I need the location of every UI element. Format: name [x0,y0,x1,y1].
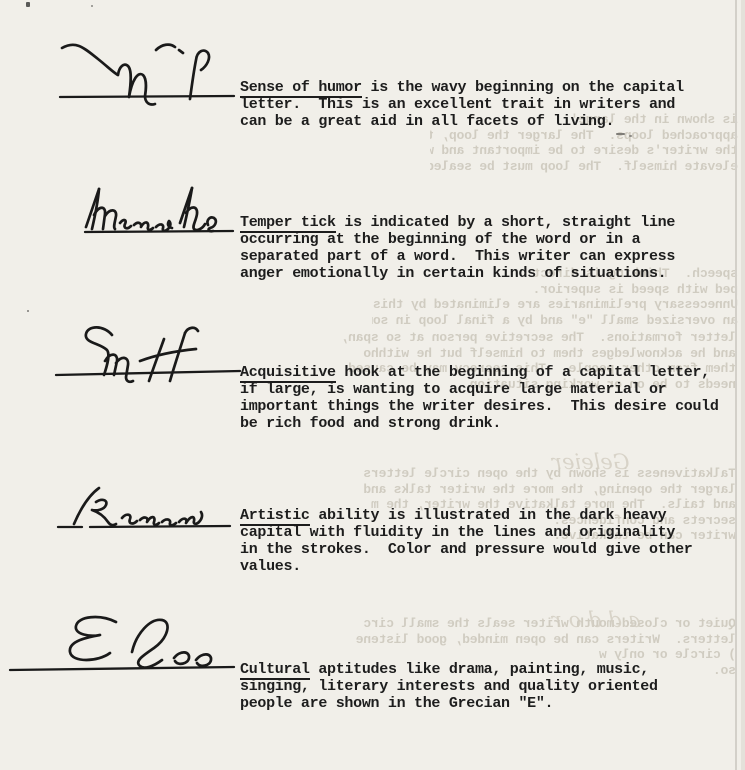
caption-line: in the strokes. Color and pressure would… [240,541,692,558]
bleed-line: ped with speed is superior. [372,282,738,298]
caption-line: capital with fluidity in the lines and o… [240,524,692,541]
bleed-line: Talkativeness is shown by the open circl… [330,466,736,482]
caption-3: Acquisitive hook at the beginning of a c… [240,364,719,432]
scan-speck [91,5,93,7]
scan-speck [27,310,29,312]
caption-line: letter. This is an excellent trait in wr… [240,96,684,113]
bleed-line: Unnecessary preliminaries are eliminated… [372,297,738,313]
bleed-line: larger the opening, the more the writer … [330,482,736,498]
bleed-through-handwriting: a d d o r [552,608,641,632]
caption-line: Sense of humor is the wavy beginning on … [240,79,684,96]
caption-1: Sense of humor is the wavy beginning on … [240,79,684,130]
caption-line: separated part of a word. This writer ca… [240,248,675,265]
caption-2: Temper tick is indicated by a short, str… [240,214,675,282]
scan-speck [616,133,625,135]
scanned-document-page: is shown in the large'approached loops. … [0,0,745,770]
caption-line: be rich food and strong drink. [240,415,719,432]
signature-sample-karen [52,478,242,530]
caption-line: if large, is wanting to acquire large ma… [240,381,719,398]
caption-line: values. [240,558,692,575]
bleed-through-handwriting: Geleier [552,450,630,474]
caption-line: can be a great aid in all facets of livi… [240,113,684,130]
caption-line: occurring at the beginning of the word o… [240,231,675,248]
caption-4: Artistic ability is illustrated in the d… [240,507,692,575]
caption-line: anger emotionally in certain kinds of si… [240,265,675,282]
caption-line: Acquisitive hook at the beginning of a c… [240,364,719,381]
caption-5: Cultural aptitudes like drama, painting,… [240,661,658,712]
bleed-line: an oversized small "e" and by a final lo… [372,313,738,329]
caption-line: Cultural aptitudes like drama, painting,… [240,661,658,678]
caption-line: people are shown in the Grecian "E". [240,695,658,712]
bleed-line: Quiet or closed-mouth writer seals the s… [340,616,736,632]
scan-edge-shade [741,0,745,770]
signature-sample-wavy-m [52,36,247,111]
signature-sample-grecian-e [4,612,244,674]
bleed-line: and he acknowledges them to himself but … [300,346,736,362]
signature-sample-temper-tick [52,183,247,238]
bleed-line: elevate himself. The loop must be sealed… [430,159,738,175]
caption-line: Temper tick is indicated by a short, str… [240,214,675,231]
bleed-line: letters. Writers can be open minded, goo… [340,632,736,648]
scan-speck [629,135,632,137]
scan-edge-line [735,0,737,770]
signature-sample-acquisitive-hook [52,323,247,388]
scan-speck [26,2,30,7]
bleed-line: letter formations. The secretive person … [300,330,736,346]
caption-line: Artistic ability is illustrated in the d… [240,507,692,524]
caption-line: singing, literary interests and quality … [240,678,658,695]
caption-line: important things the writer desires. Thi… [240,398,719,415]
bleed-line: the writer's desire to be important and … [430,143,738,159]
